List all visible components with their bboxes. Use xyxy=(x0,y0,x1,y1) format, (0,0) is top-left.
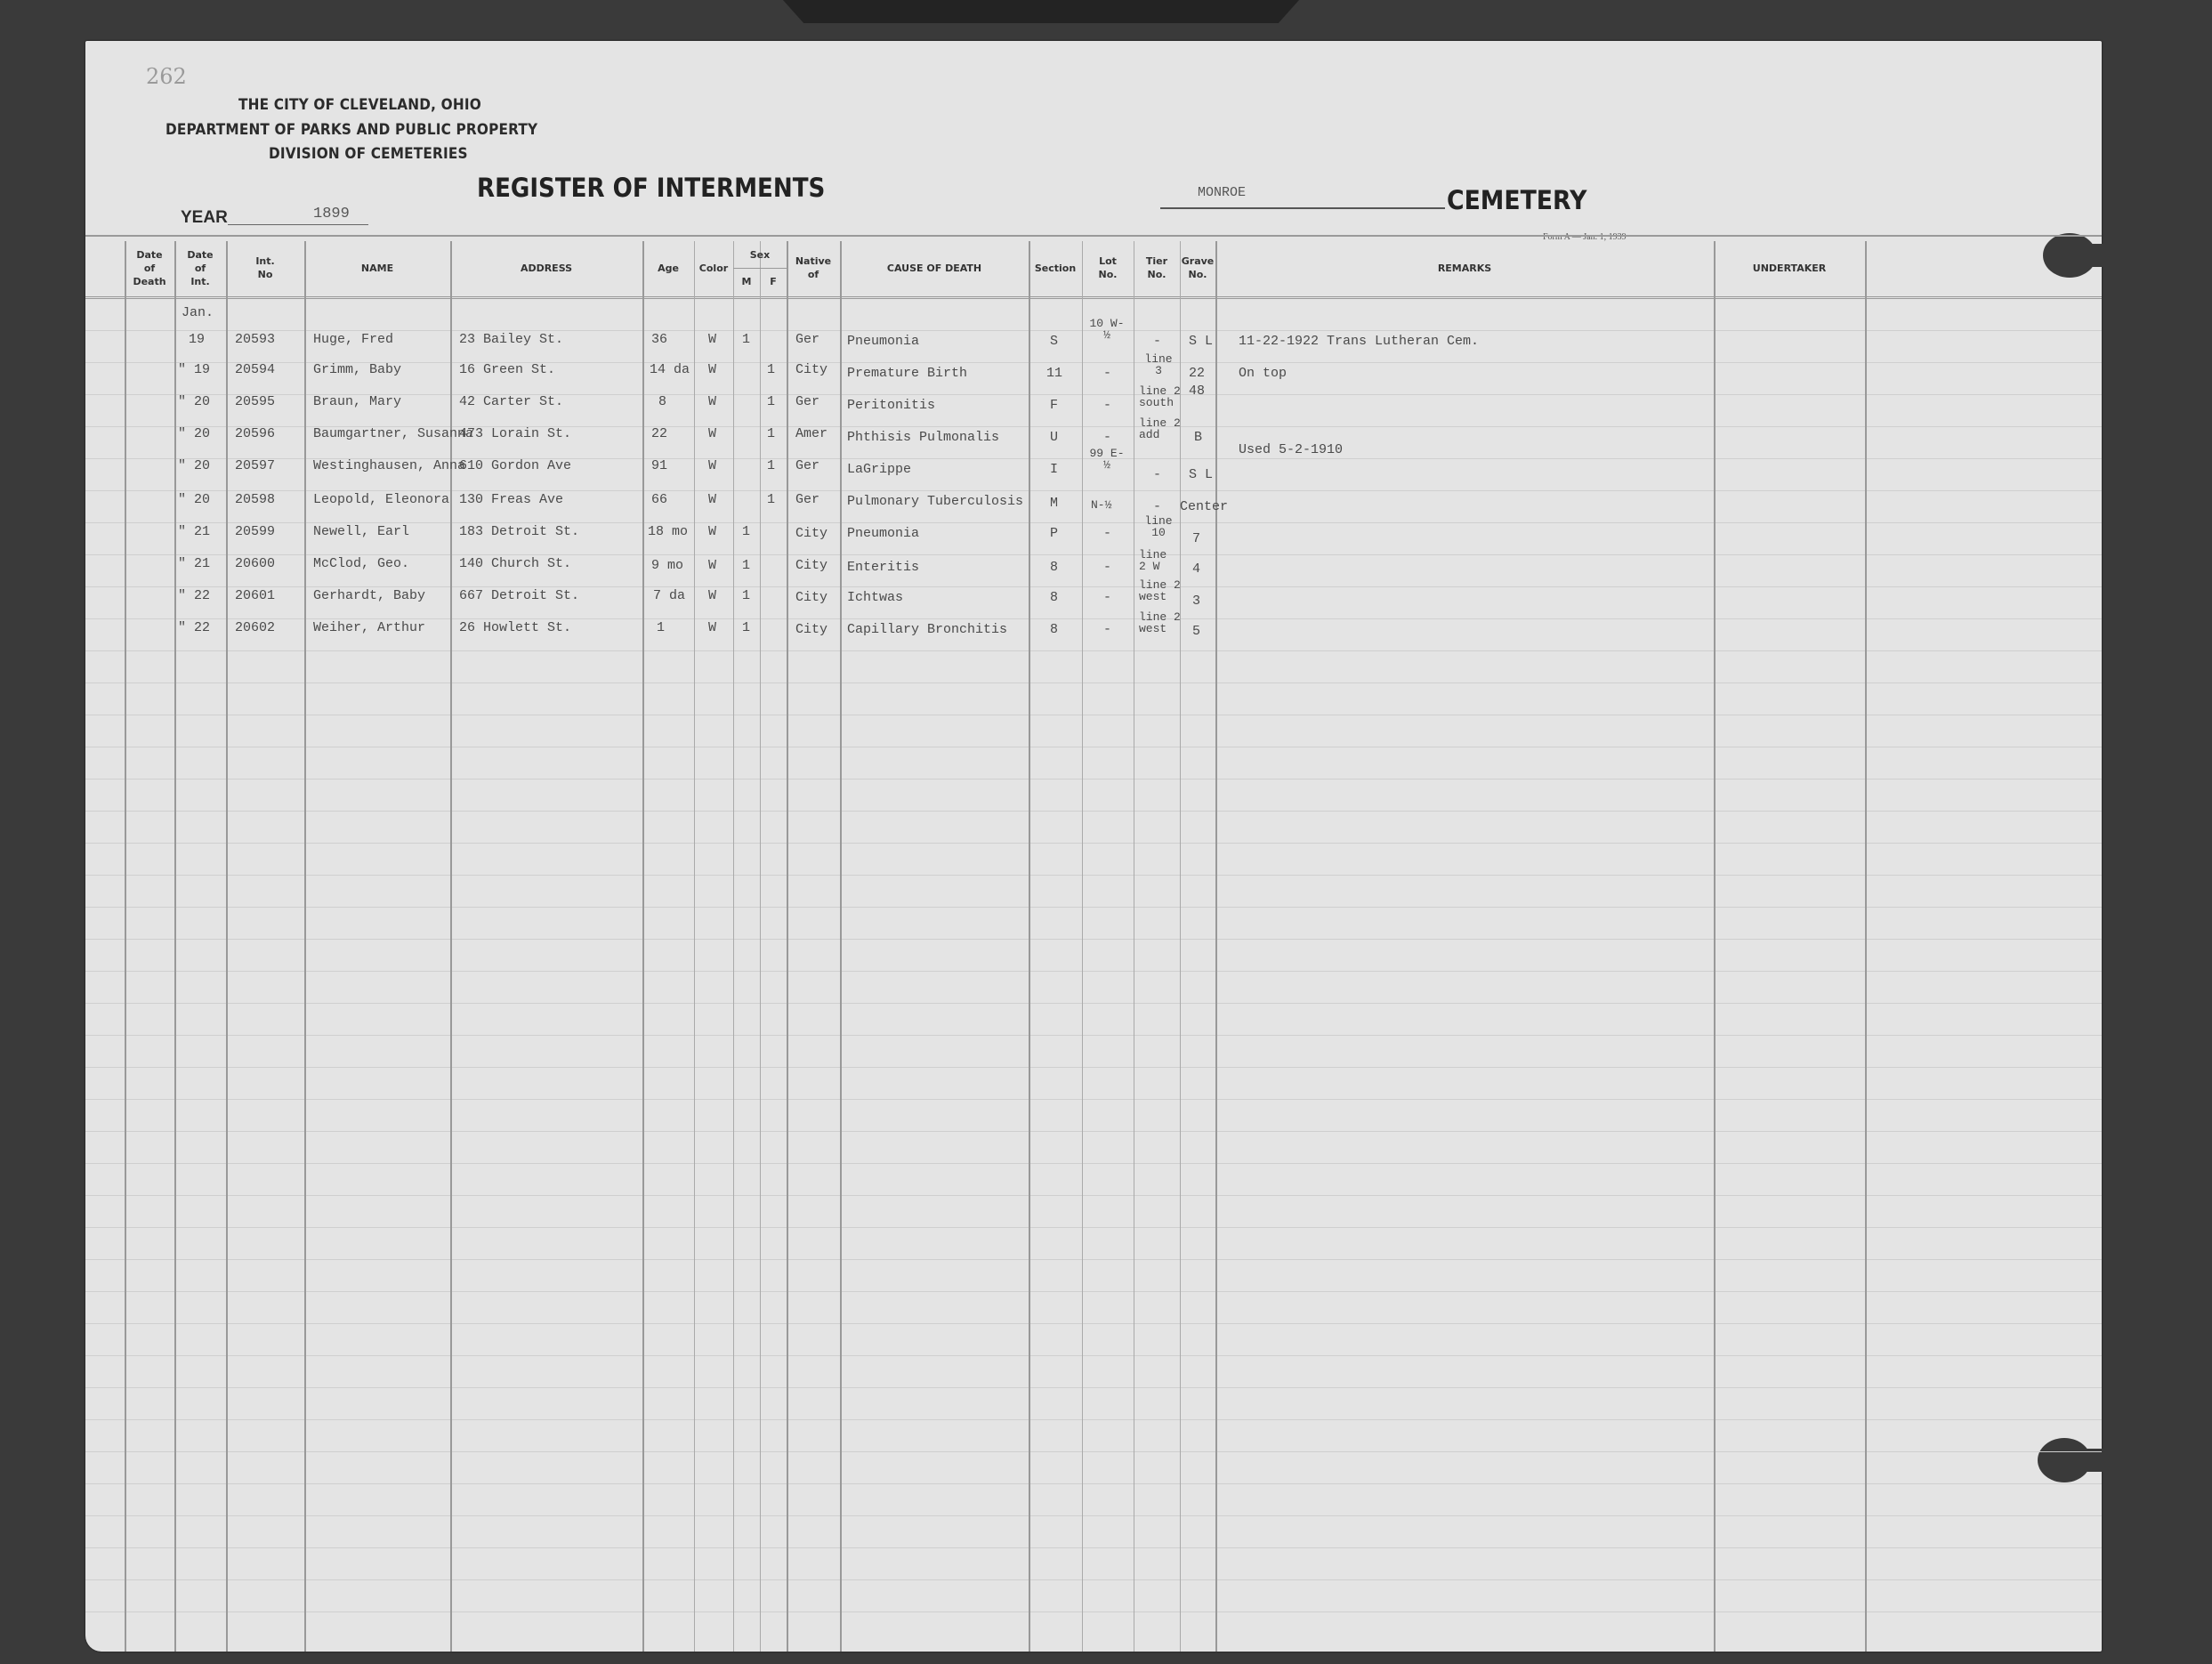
col-sex-f: F xyxy=(760,268,787,295)
col-tier-no: Tier No. xyxy=(1134,241,1180,295)
cemetery-label: CEMETERY xyxy=(1447,185,1586,215)
col-native-of: Native of xyxy=(787,241,840,295)
col-date-of-int: Date of Int. xyxy=(174,241,226,295)
col-color: Color xyxy=(694,241,733,295)
year-label: YEAR xyxy=(181,208,228,228)
col-section: Section xyxy=(1029,241,1082,295)
year-value: 1899 xyxy=(313,206,350,222)
scanner-artifact xyxy=(783,0,1299,23)
register-page: 262 THE CITY OF CLEVELAND, OHIO DEPARTME… xyxy=(85,41,2102,1652)
remark-used: Used 5-2-1910 xyxy=(1239,442,1343,457)
cemetery-name: MONROE xyxy=(1198,185,1246,200)
col-sex: Sex xyxy=(733,241,787,268)
header-city: THE CITY OF CLEVELAND, OHIO xyxy=(238,96,481,114)
col-date-of-death: Date of Death xyxy=(125,241,174,295)
col-cause-of-death: CAUSE OF DEATH xyxy=(840,241,1029,295)
header-rule xyxy=(85,235,2102,237)
col-name: NAME xyxy=(304,241,450,295)
page-number: 262 xyxy=(146,64,187,89)
col-int-no: Int. No xyxy=(226,241,304,295)
col-lot-no: Lot No. xyxy=(1082,241,1134,295)
col-grave-no: Grave No. xyxy=(1180,241,1215,295)
header-department: DEPARTMENT OF PARKS AND PUBLIC PROPERTY xyxy=(165,121,537,139)
register-table: Date of Death Date of Int. Int. No NAME … xyxy=(85,241,2102,1652)
col-age: Age xyxy=(642,241,694,295)
cemetery-underline xyxy=(1160,207,1445,209)
col-address: ADDRESS xyxy=(450,241,642,295)
month-label: Jan. xyxy=(182,305,214,320)
header-division: DIVISION OF CEMETERIES xyxy=(269,145,468,163)
year-underline xyxy=(228,224,368,225)
col-remarks: REMARKS xyxy=(1215,241,1714,295)
page-title: REGISTER OF INTERMENTS xyxy=(477,173,825,203)
col-sex-m: M xyxy=(733,268,760,295)
col-undertaker: UNDERTAKER xyxy=(1714,241,1865,295)
